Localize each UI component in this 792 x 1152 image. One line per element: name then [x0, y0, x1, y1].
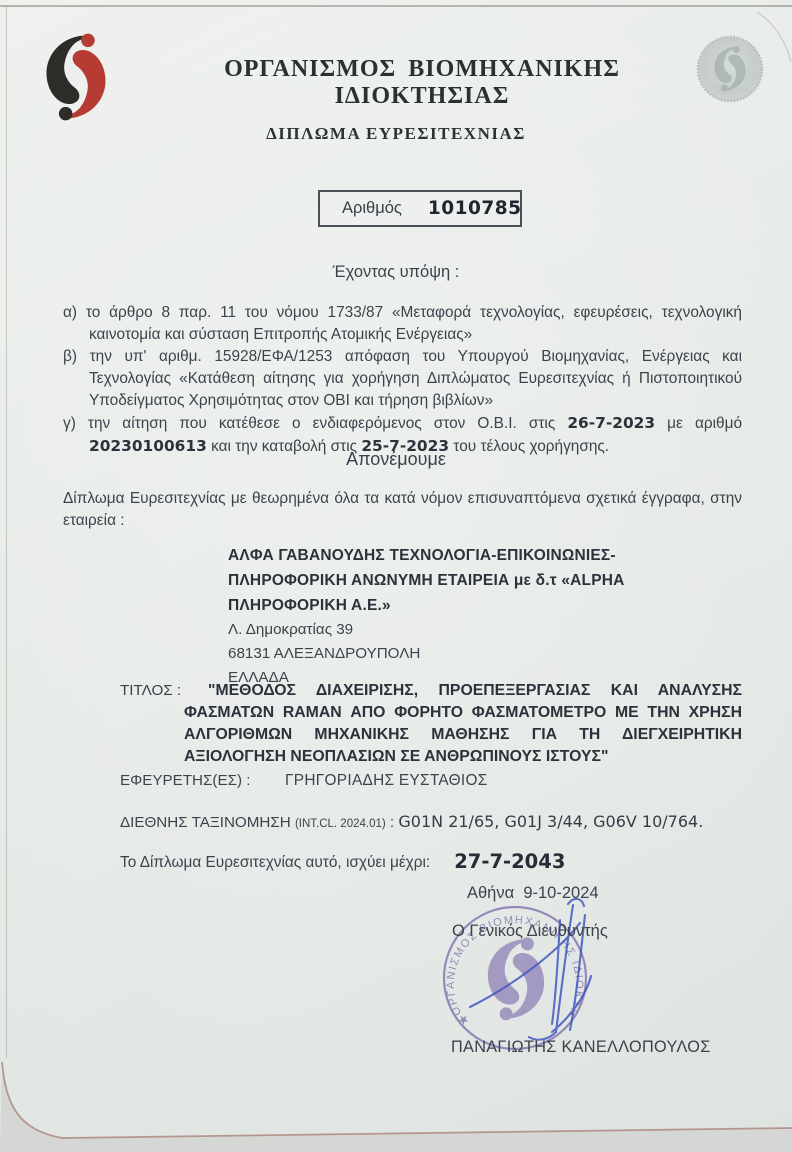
grantee-name-line-2: ΠΛΗΡΟΦΟΡΙΚΗ ΑΝΩΝΥΜΗ ΕΤΑΙΡΕΙΑ με δ.τ «ALP… [228, 568, 736, 593]
clause-c-text-1: την αίτηση που κατέθεσε ο ενδιαφερόμενος… [88, 415, 567, 432]
inventor-row: ΕΦΕΥΡΕΤΗΣ(ΕΣ) : ΓΡΗΓΟΡΙΑΔΗΣ ΕΥΣΤΑΘΙΟΣ [120, 772, 742, 789]
signer-title: Ο Γενικός Διευθυντής [452, 922, 608, 941]
inventor-name: ΓΡΗΓΟΡΙΑΔΗΣ ΕΥΣΤΑΘΙΟΣ [285, 772, 488, 790]
handwritten-signature-icon [440, 890, 610, 1055]
grantee-name-line-1: ΑΛΦΑ ΓΑΒΑΝΟΥΔΗΣ ΤΕΧΝΟΛΟΓΙΑ-ΕΠΙΚΟΙΝΩΝΙΕΣ- [228, 543, 736, 568]
grantee-street: Λ. Δημοκρατίας 39 [228, 618, 736, 642]
invention-title-block: ΤΙΤΛΟΣ : "ΜΕΘΟΔΟΣ ΔΙΑΧΕΙΡΙΣΗΣ, ΠΡΟΕΠΕΞΕΡ… [120, 680, 742, 768]
classification-row: ΔΙΕΘΝΗΣ ΤΑΞΙΝΟΜΗΣΗ (INT.CL. 2024.01) : G… [120, 812, 752, 831]
inventor-label: ΕΦΕΥΡΕΤΗΣ(ΕΣ) : [120, 772, 250, 789]
patent-number-value: 1010785 [428, 198, 522, 219]
paper-top-edge [0, 5, 792, 7]
filing-date: 26-7-2023 [567, 414, 655, 432]
clause-c-marker: γ) [63, 415, 76, 432]
legal-clauses: α) το άρθρο 8 παρ. 11 του νόμου 1733/87 … [63, 302, 742, 458]
grantee-name-line-3: ΠΛΗΡΟΦΟΡΙΚΗ Α.Ε.» [228, 593, 736, 618]
org-name: ΟΡΓΑΝΙΣΜΟΣ ΒΙΟΜΗΧΑΝΙΚΗΣ ΙΔΙΟΚΤΗΣΙΑΣ [140, 56, 704, 110]
award-text: Δίπλωμα Ευρεσιτεχνίας με θεωρημένα όλα τ… [63, 488, 742, 532]
clause-a-marker: α) [63, 304, 77, 321]
clause-b-text: την υπ' αριθμ. 15928/ΕΦΑ/1253 απόφαση το… [89, 348, 742, 409]
expiry-date: 27-7-2043 [454, 850, 565, 873]
classification-label: ΔΙΕΘΝΗΣ ΤΑΞΙΝΟΜΗΣΗ [120, 814, 295, 831]
validity-label: Το Δίπλωμα Ευρεσιτεχνίας αυτό, ισχύει μέ… [120, 854, 430, 871]
invention-title-text: "ΜΕΘΟΔΟΣ ΔΙΑΧΕΙΡΙΣΗΣ, ΠΡΟΕΠΕΞΕΡΓΑΣΙΑΣ ΚΑ… [184, 680, 742, 768]
paper-left-edge [6, 6, 7, 1058]
invention-title-label: ΤΙΤΛΟΣ : [120, 682, 181, 699]
issue-place-date: Αθήνα 9-10-2024 [467, 884, 599, 903]
clause-b: β) την υπ' αριθμ. 15928/ΕΦΑ/1253 απόφαση… [63, 346, 742, 412]
obi-logo-icon [36, 30, 116, 124]
classification-separator: : [386, 814, 399, 831]
clause-a-text: το άρθρο 8 παρ. 11 του νόμου 1733/87 «Με… [86, 304, 742, 343]
grantee-city: 68131 ΑΛΕΞΑΝΔΡΟΥΠΟΛΗ [228, 642, 736, 666]
clause-c-text-2: με αριθμό [655, 415, 742, 432]
validity-row: Το Δίπλωμα Ευρεσιτεχνίας αυτό, ισχύει μέ… [120, 850, 565, 873]
clause-b-marker: β) [63, 348, 77, 365]
embossed-seal-icon [695, 34, 765, 104]
document-type-title: ΔΙΠΛΩΜΑ ΕΥΡΕΣΙΤΕΧΝΙΑΣ [0, 124, 792, 144]
grantee-block: ΑΛΦΑ ΓΑΒΑΝΟΥΔΗΣ ΤΕΧΝΟΛΟΓΙΑ-ΕΠΙΚΟΙΝΩΝΙΕΣ-… [228, 543, 736, 690]
classification-edition: (INT.CL. 2024.01) [295, 818, 386, 830]
patent-number-box: Αριθμός 1010785 [318, 190, 522, 227]
classification-codes: G01N 21/65, G01J 3/44, G06V 10/764. [398, 812, 703, 831]
patent-certificate-page: ΟΡΓΑΝΙΣΜΟΣ ΒΙΟΜΗΧΑΝΙΚΗΣ ΙΔΙΟΚΤΗΣΙΑΣ ΔΙΠΛ… [0, 0, 792, 1152]
award-heading: Απονέμουμε [0, 449, 792, 470]
patent-number-label: Αριθμός [342, 199, 402, 218]
clause-a: α) το άρθρο 8 παρ. 11 του νόμου 1733/87 … [63, 302, 742, 346]
signer-name: ΠΑΝΑΓΙΩΤΗΣ ΚΑΝΕΛΛΟΠΟΥΛΟΣ [451, 1038, 711, 1057]
preamble-heading: Έχοντας υπόψη : [0, 263, 792, 282]
